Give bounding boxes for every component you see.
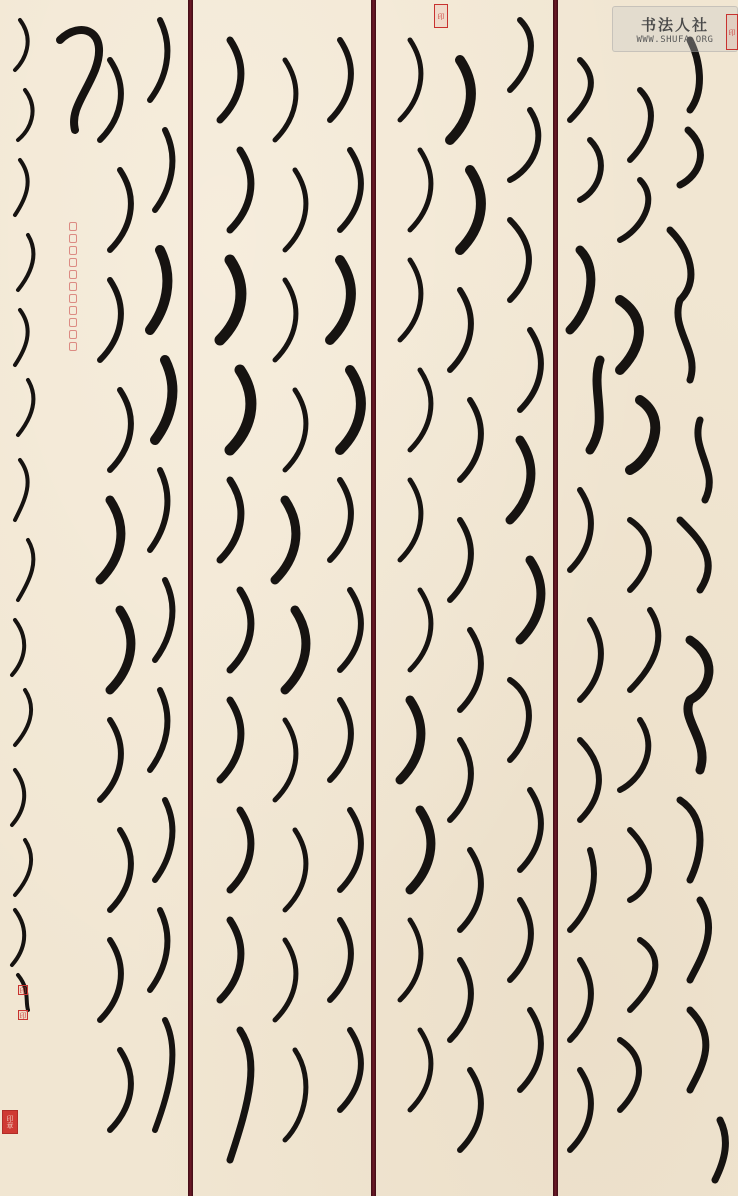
signature-seal-2: 印 <box>18 1010 28 1020</box>
corner-seal: 印章 <box>2 1110 18 1134</box>
mini-seal <box>69 246 77 255</box>
site-watermark: 书法人社 WWW.SHUFA.ORG <box>612 6 738 52</box>
mini-seal <box>69 330 77 339</box>
mini-seal <box>69 342 77 351</box>
signature-seal-1: 印 <box>18 985 28 995</box>
watermark-url: WWW.SHUFA.ORG <box>637 35 714 45</box>
mini-seal <box>69 282 77 291</box>
mini-seal-column <box>69 222 79 351</box>
mini-seal <box>69 270 77 279</box>
mini-seal <box>69 234 77 243</box>
calligraphy-strokes <box>0 0 738 1196</box>
watermark-logo-text: 书法人社 <box>641 14 709 35</box>
mini-seal <box>69 258 77 267</box>
top-right-seal: 印 <box>726 14 738 50</box>
mini-seal <box>69 318 77 327</box>
mini-seal <box>69 306 77 315</box>
mini-seal <box>69 222 77 231</box>
panel-3-top-seal: 印 <box>434 4 448 28</box>
mini-seal <box>69 294 77 303</box>
